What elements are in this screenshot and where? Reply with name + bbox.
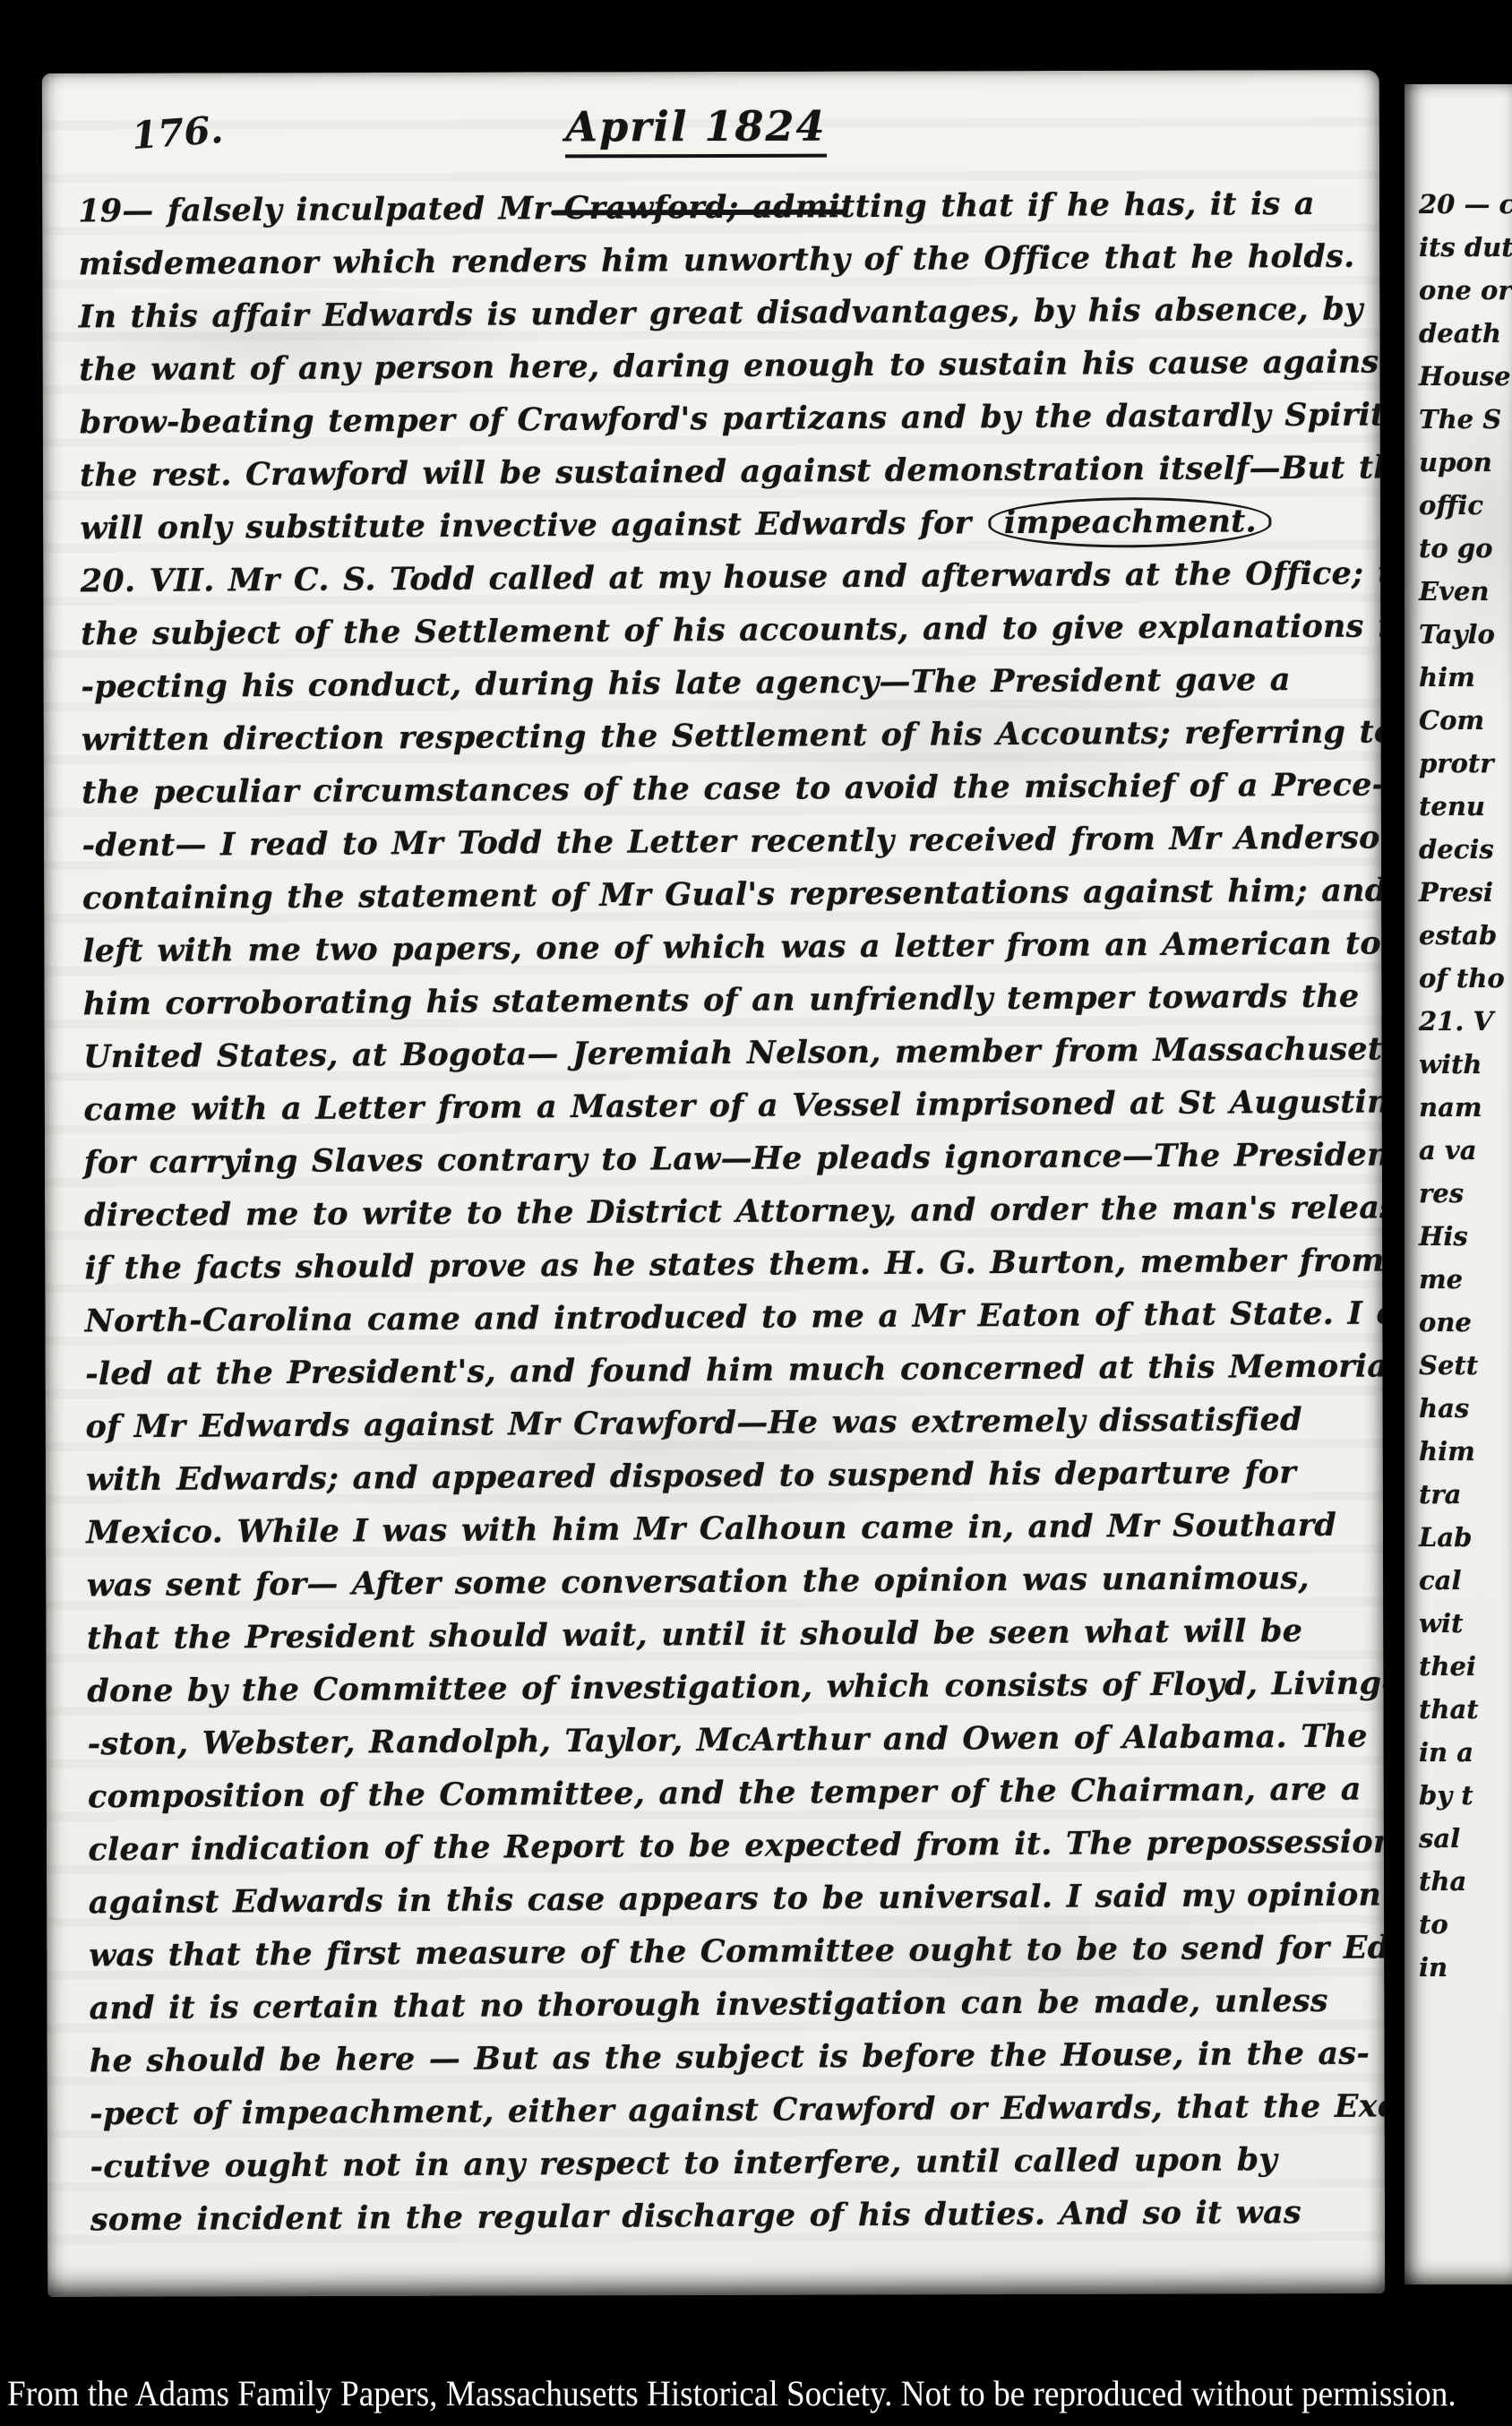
facing-page-fragment: Taylo (1419, 613, 1512, 656)
facing-page-fragment: cal (1419, 1559, 1512, 1602)
facing-page-fragment: him (1419, 1430, 1512, 1473)
facing-page-fragment: a va (1419, 1129, 1512, 1172)
manuscript-line: done by the Committee of investigation, … (87, 1657, 1374, 1718)
manuscript-line: -cutive ought not in any respect to inte… (90, 2133, 1377, 2194)
manuscript-line: -led at the President's, and found him m… (85, 1340, 1372, 1401)
facing-page-fragment: tenu (1419, 785, 1512, 828)
page-title-text: April 1824 (565, 102, 826, 159)
page-number: 176. (130, 108, 225, 158)
manuscript-line: some incident in the regular discharge o… (90, 2186, 1378, 2247)
manuscript-line: was that the first measure of the Commit… (89, 1922, 1376, 1983)
manuscript-line: 20. VII. Mr C. S. Todd called at my hous… (81, 547, 1368, 608)
manuscript-line: -pect of impeachment, either against Cra… (90, 2080, 1377, 2141)
manuscript-lines: 19— falsely inculpated Mr Crawford; admi… (78, 177, 1378, 2247)
manuscript-line: -ston, Webster, Randolph, Taylor, McArth… (88, 1710, 1375, 1771)
facing-page-fragment: nam (1419, 1086, 1512, 1129)
manuscript-line: was sent for— After some conversation th… (86, 1552, 1373, 1613)
facing-page-fragment: to (1419, 1903, 1512, 1946)
manuscript-line: he should be here — But as the subject i… (90, 2027, 1377, 2088)
manuscript-line: and it is certain that no thorough inves… (89, 1974, 1376, 2035)
manuscript-line: clear indication of the Report to be exp… (88, 1816, 1375, 1877)
facing-page-fragment: offic (1419, 484, 1512, 527)
facing-page-fragment: one or (1419, 269, 1512, 312)
manuscript-line: came with a Letter from a Master of a Ve… (83, 1076, 1370, 1137)
manuscript-line: against Edwards in this case appears to … (89, 1869, 1376, 1930)
manuscript-line: directed me to write to the District Att… (84, 1182, 1371, 1243)
facing-page-fragment: estab (1419, 914, 1512, 957)
manuscript-line: the subject of the Settlement of his acc… (81, 600, 1368, 661)
facing-page-fragment: thei (1419, 1645, 1512, 1688)
facing-page-fragment: me (1419, 1258, 1512, 1301)
manuscript-page: 176. April 1824 19— falsely inculpated M… (42, 70, 1385, 2297)
manuscript-line: with Edwards; and appeared disposed to s… (86, 1446, 1373, 1507)
manuscript-line: United States, at Bogota— Jeremiah Nelso… (83, 1023, 1370, 1084)
facing-page-fragment: wit (1419, 1602, 1512, 1645)
facing-page-fragment: to go (1419, 527, 1512, 570)
manuscript-line: Mexico. While I was with him Mr Calhoun … (86, 1499, 1373, 1560)
facing-page-fragment: Even (1419, 570, 1512, 613)
facing-page-fragment: of tho (1419, 957, 1512, 1000)
facing-page-fragment: has (1419, 1387, 1512, 1430)
manuscript-line: In this affair Edwards is under great di… (79, 283, 1366, 344)
facing-page-fragment: its dut (1419, 226, 1512, 269)
facing-page-sliver: 20 — cits dutone ordeathHouseThe Suponof… (1405, 84, 1512, 2284)
facing-page-fragment: by t (1419, 1774, 1512, 1817)
manuscript-line: written direction respecting the Settlem… (82, 706, 1369, 767)
facing-page-fragment: tha (1419, 1860, 1512, 1903)
facing-page-fragment: Presi (1419, 871, 1512, 914)
facing-page-fragment: sal (1419, 1817, 1512, 1860)
facing-page-fragment: 21. V (1419, 1000, 1512, 1043)
facing-page-fragment: one (1419, 1301, 1512, 1344)
facing-page-fragment: upon (1419, 441, 1512, 484)
facing-page-fragment: House (1419, 355, 1512, 398)
manuscript-line: the want of any person here, daring enou… (79, 336, 1366, 397)
facing-page-fragment: in (1419, 1946, 1512, 1989)
facing-page-fragment: with (1419, 1043, 1512, 1086)
page-title: April 1824 (526, 102, 866, 159)
manuscript-line: misdemeanor which renders him unworthy o… (78, 230, 1365, 291)
facing-page-fragment: decis (1419, 828, 1512, 871)
manuscript-line: that the President should wait, until it… (87, 1604, 1374, 1665)
facing-page-fragment: res (1419, 1172, 1512, 1215)
manuscript-line: -dent— I read to Mr Todd the Letter rece… (82, 812, 1369, 873)
manuscript-line: North-Carolina came and introduced to me… (85, 1287, 1372, 1348)
facing-page-fragment: Sett (1419, 1344, 1512, 1387)
facing-page-fragment: 20 — c (1419, 183, 1512, 226)
facing-page-fragment: The S (1419, 398, 1512, 441)
facing-page-fragment: protr (1419, 742, 1512, 785)
facing-page-fragment: in a (1419, 1731, 1512, 1774)
facing-page-fragment: tra (1419, 1473, 1512, 1516)
manuscript-line: the peculiar circumstances of the case t… (82, 759, 1369, 820)
facing-page-fragments: 20 — cits dutone ordeathHouseThe Suponof… (1419, 183, 1512, 1989)
manuscript-line: left with me two papers, one of which wa… (82, 917, 1370, 978)
facing-page-fragment: Lab (1419, 1516, 1512, 1559)
manuscript-line: containing the statement of Mr Gual's re… (82, 865, 1370, 925)
facing-page-fragment: His (1419, 1215, 1512, 1258)
manuscript-line: will only substitute invective against E… (80, 495, 1367, 555)
manuscript-line: -pecting his conduct, during his late ag… (81, 653, 1368, 714)
manuscript-line: if the facts should prove as he states t… (84, 1235, 1371, 1295)
circled-word: impeachment. (989, 496, 1272, 548)
facing-page-fragment: that (1419, 1688, 1512, 1731)
manuscript-line: composition of the Committee, and the te… (88, 1763, 1375, 1824)
facing-page-fragment: Com (1419, 699, 1512, 742)
facing-page-fragment: death (1419, 312, 1512, 355)
manuscript-line: for carrying Slaves contrary to Law—He p… (84, 1129, 1371, 1190)
archive-caption: From the Adams Family Papers, Massachuse… (7, 2372, 1456, 2414)
facing-page-fragment: him (1419, 656, 1512, 699)
manuscript-line: him corroborating his statements of an u… (82, 970, 1370, 1031)
manuscript-line: brow-beating temper of Crawford's partiz… (80, 389, 1367, 450)
manuscript-line: of Mr Edwards against Mr Crawford—He was… (85, 1393, 1372, 1454)
manuscript-line: the rest. Crawford will be sustained aga… (80, 442, 1367, 503)
manuscript-line: 19— falsely inculpated Mr Crawford; admi… (78, 177, 1365, 238)
